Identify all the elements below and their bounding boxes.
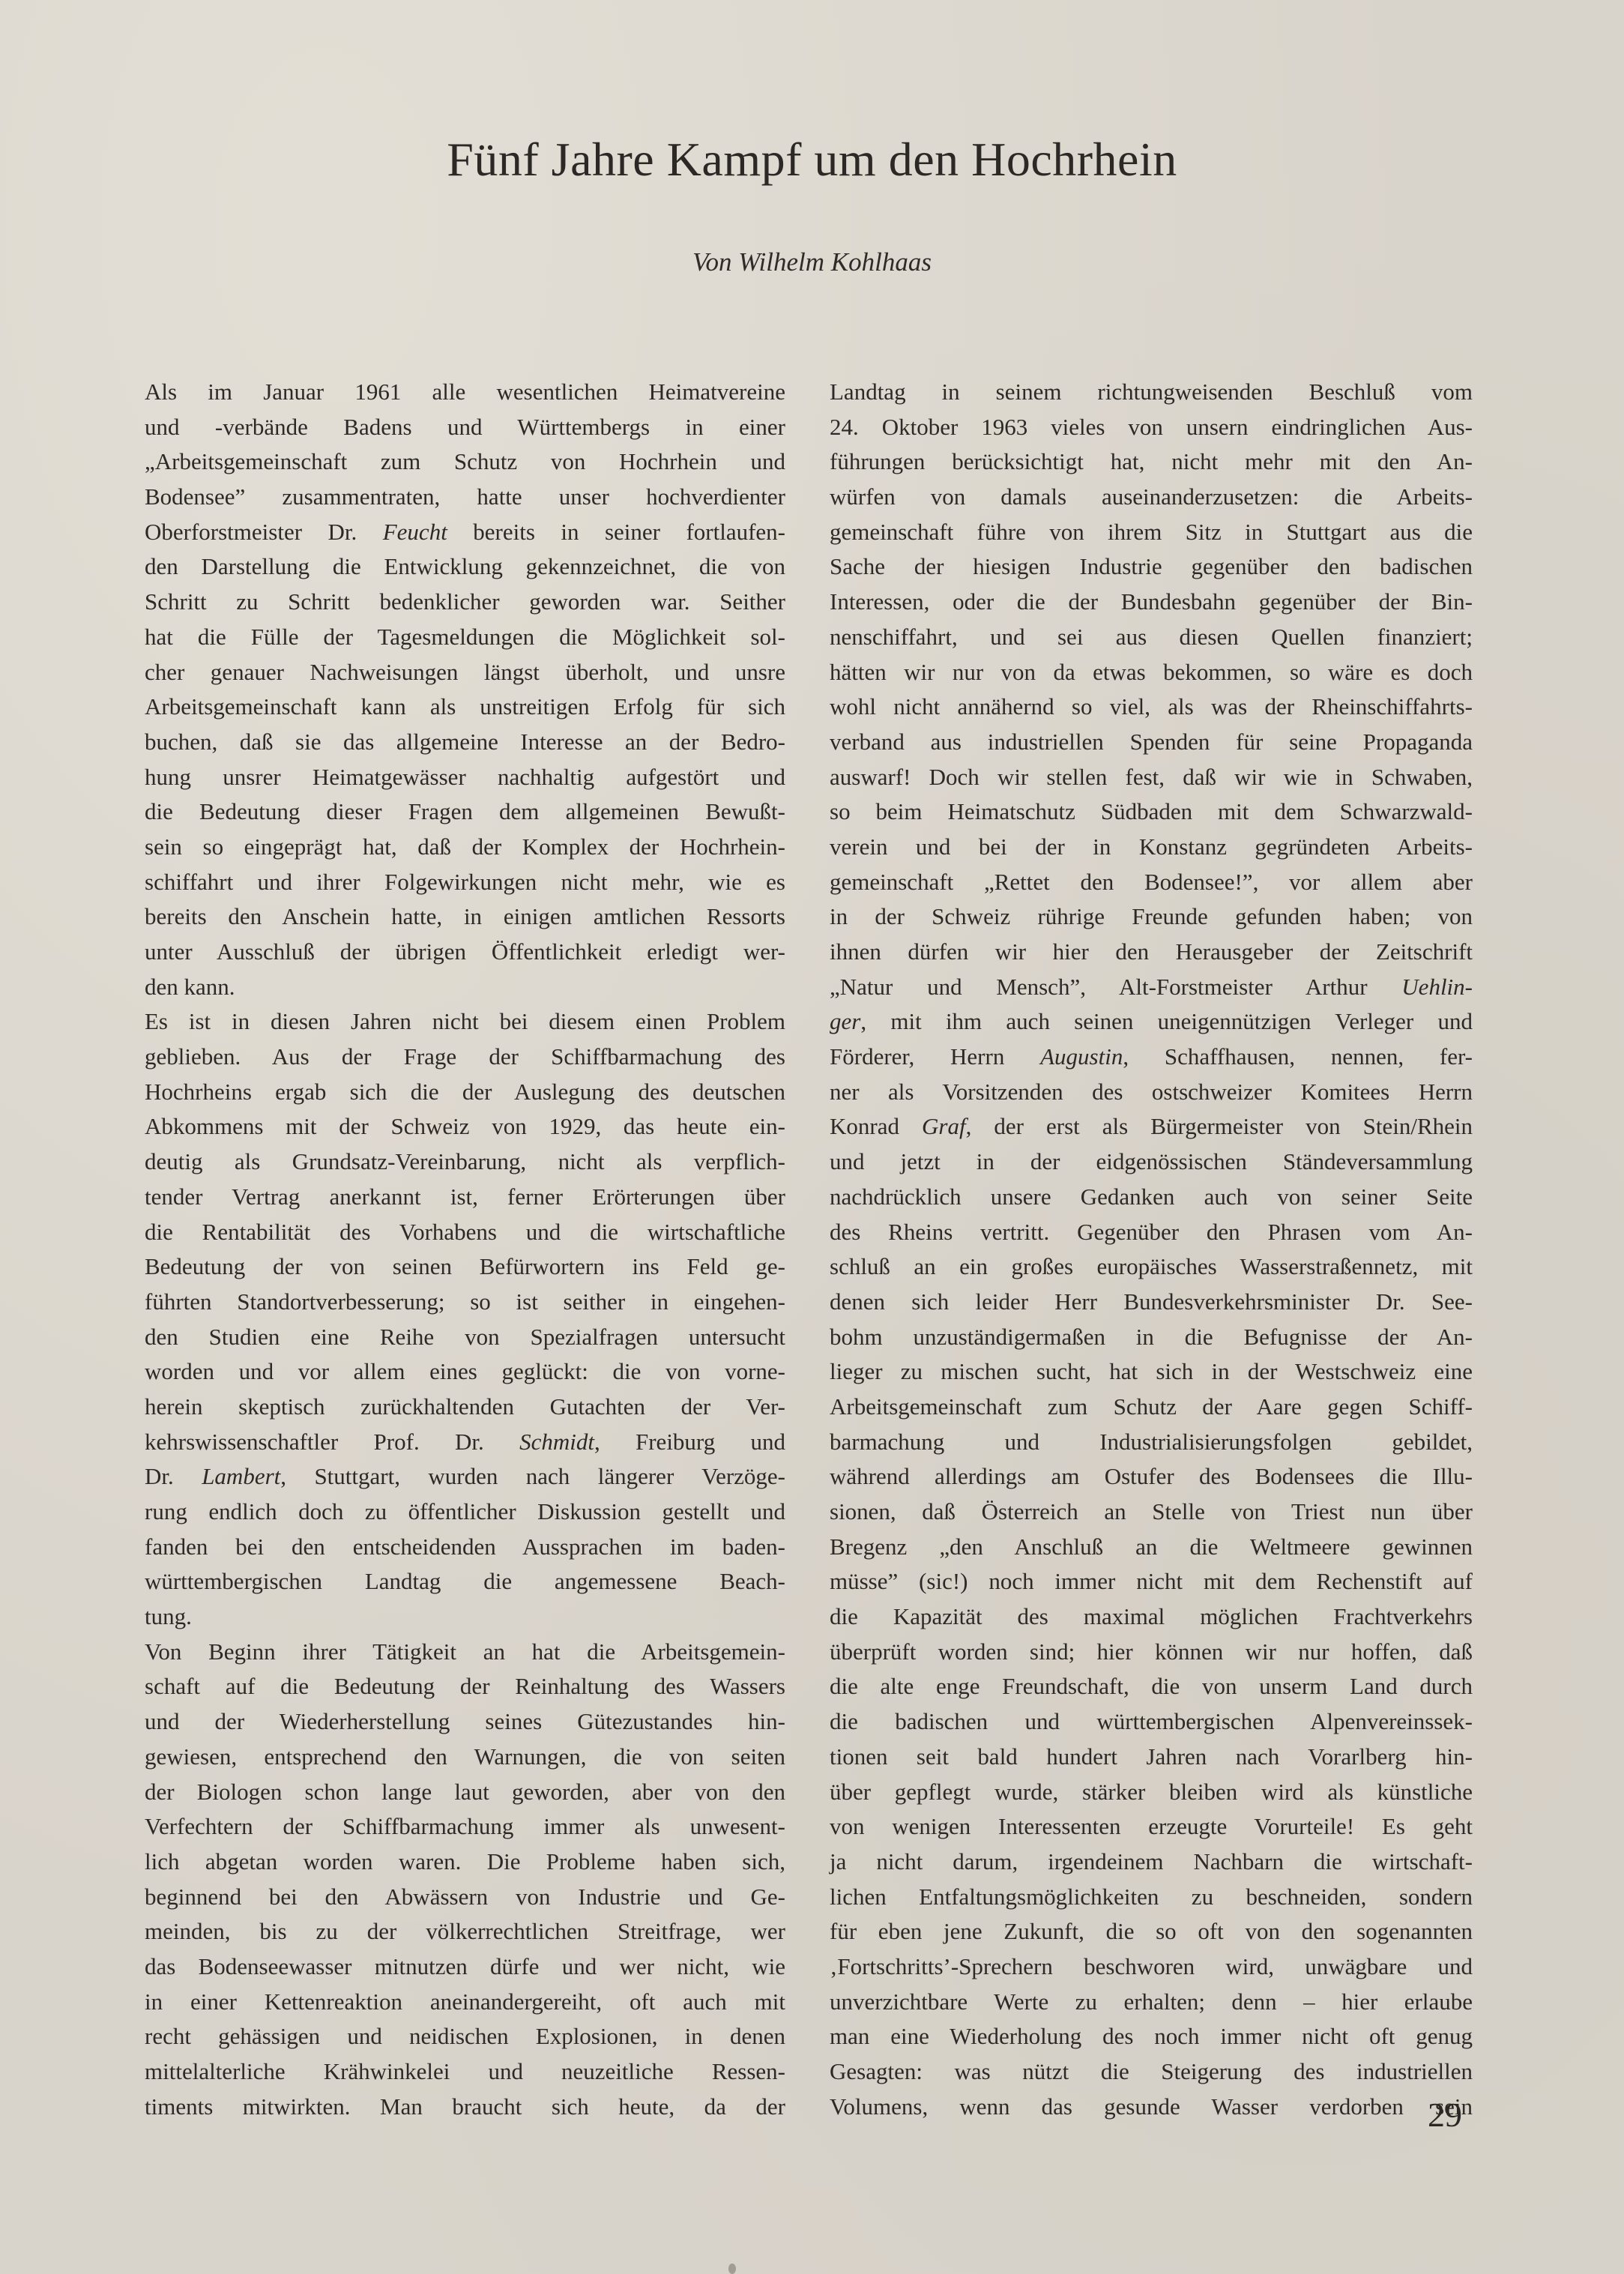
text-line: die Kapazität des maximal möglichen Frac… — [830, 1599, 1473, 1635]
text-line: Bregenz „den Anschluß an die Weltmeere g… — [830, 1530, 1473, 1565]
text-line: in der Schweiz rührige Freunde gefunden … — [830, 899, 1473, 935]
text-column-right: Landtag in seinem richtungweisenden Besc… — [830, 375, 1473, 2124]
text-line: cher genauer Nachweisungen längst überho… — [145, 655, 785, 690]
text-line: Dr. Lambert, Stuttgart, wurden nach läng… — [145, 1459, 785, 1495]
text-line: kehrswissenschaftler Prof. Dr. Schmidt, … — [145, 1425, 785, 1460]
text-line: die Bedeutung dieser Fragen dem allgemei… — [145, 794, 785, 830]
text-line: ger, mit ihm auch seinen uneigennützigen… — [830, 1004, 1473, 1040]
text-line: Hochrheins ergab sich die der Auslegung … — [145, 1075, 785, 1110]
text-line: den kann. — [145, 970, 785, 1005]
text-line: unverzichtbare Werte zu erhalten; denn –… — [830, 1985, 1473, 2020]
text-line: ‚Fortschritts’-Sprechern beschworen wird… — [830, 1949, 1473, 1985]
text-line: von wenigen Interessenten erzeugte Vorur… — [830, 1809, 1473, 1845]
text-line: den Darstellung die Entwicklung gekennze… — [145, 549, 785, 585]
text-line: hätten wir nur von da etwas bekommen, so… — [830, 655, 1473, 690]
text-line: bohm unzuständigermaßen in die Befugniss… — [830, 1320, 1473, 1355]
text-line: über gepflegt wurde, stärker bleiben wir… — [830, 1775, 1473, 1810]
text-line: barmachung und Industrialisierungsfolgen… — [830, 1425, 1473, 1460]
text-line: denen sich leider Herr Bundesverkehrsmin… — [830, 1285, 1473, 1320]
text-line: schluß an ein großes europäisches Wasser… — [830, 1249, 1473, 1285]
italic-name: ger — [830, 1008, 860, 1034]
text-line: Arbeitsgemeinschaft kann als unstreitige… — [145, 690, 785, 725]
text-line: Sache der hiesigen Industrie gegenüber d… — [830, 549, 1473, 585]
text-line: sionen, daß Österreich an Stelle von Tri… — [830, 1495, 1473, 1530]
italic-name: Graf — [922, 1113, 966, 1139]
text-line: herein skeptisch zurückhaltenden Gutacht… — [145, 1390, 785, 1425]
text-line: überprüft worden sind; hier können wir n… — [830, 1635, 1473, 1670]
text-line: meinden, bis zu der völkerrechtlichen St… — [145, 1914, 785, 1949]
text-line: worden und vor allem eines geglückt: die… — [145, 1354, 785, 1390]
page-number: 29 — [1428, 2095, 1462, 2135]
text-line: Schritt zu Schritt bedenklicher geworden… — [145, 585, 785, 620]
text-line: wohl nicht annähernd so viel, als was de… — [830, 690, 1473, 725]
text-line: lieger zu mischen sucht, hat sich in der… — [830, 1354, 1473, 1390]
text-line: ner als Vorsitzenden des ostschweizer Ko… — [830, 1075, 1473, 1110]
italic-name: Augustin — [1040, 1043, 1123, 1070]
text-line: verband aus industriellen Spenden für se… — [830, 725, 1473, 760]
text-line: und der Wiederherstellung seines Gütezus… — [145, 1704, 785, 1740]
text-line: tionen seit bald hundert Jahren nach Vor… — [830, 1740, 1473, 1775]
text-line: würfen von damals auseinanderzusetzen: d… — [830, 480, 1473, 515]
text-line: ihnen dürfen wir hier den Herausgeber de… — [830, 935, 1473, 970]
text-line: geblieben. Aus der Frage der Schiffbarma… — [145, 1040, 785, 1075]
paper-speck — [728, 2264, 736, 2274]
text-line: führten Standortverbesserung; so ist sei… — [145, 1285, 785, 1320]
text-line: Förderer, Herrn Augustin, Schaffhausen, … — [830, 1040, 1473, 1075]
text-line: für eben jene Zukunft, die so oft von de… — [830, 1914, 1473, 1949]
text-line: führungen berücksichtigt hat, nicht mehr… — [830, 444, 1473, 480]
text-line: 24. Oktober 1963 vieles von unsern eindr… — [830, 410, 1473, 445]
text-line: hung unsrer Heimatgewässer nachhaltig au… — [145, 760, 785, 795]
text-line: Arbeitsgemeinschaft zum Schutz der Aare … — [830, 1390, 1473, 1425]
text-line: müsse” (sic!) noch immer nicht mit dem R… — [830, 1564, 1473, 1599]
text-line: Volumens, wenn das gesunde Wasser verdor… — [830, 2090, 1473, 2125]
text-line: „Arbeitsgemeinschaft zum Schutz von Hoch… — [145, 444, 785, 480]
text-line: des Rheins vertritt. Gegenüber den Phras… — [830, 1215, 1473, 1250]
text-line: württembergischen Landtag die angemessen… — [145, 1564, 785, 1599]
text-line: die Rentabilität des Vorhabens und die w… — [145, 1215, 785, 1250]
text-line: recht gehässigen und neidischen Explosio… — [145, 2019, 785, 2054]
text-line: gewiesen, entsprechend den Warnungen, di… — [145, 1740, 785, 1775]
text-line: bereits den Anschein hatte, in einigen a… — [145, 899, 785, 935]
text-line: der Biologen schon lange laut geworden, … — [145, 1775, 785, 1810]
text-line: Bedeutung der von seinen Befürwortern in… — [145, 1249, 785, 1285]
text-line: so beim Heimatschutz Südbaden mit dem Sc… — [830, 794, 1473, 830]
text-line: Bodensee” zusammentraten, hatte unser ho… — [145, 480, 785, 515]
text-line: Als im Januar 1961 alle wesentlichen Hei… — [145, 375, 785, 410]
text-line: sein so eingeprägt hat, daß der Komplex … — [145, 830, 785, 865]
text-line: man eine Wiederholung des noch immer nic… — [830, 2019, 1473, 2054]
text-line: während allerdings am Ostufer des Bodens… — [830, 1459, 1473, 1495]
text-line: ja nicht darum, irgendeinem Nachbarn die… — [830, 1845, 1473, 1880]
text-line: „Natur und Mensch”, Alt-Forstmeister Art… — [830, 970, 1473, 1005]
article-title: Fünf Jahre Kampf um den Hochrhein — [0, 132, 1624, 187]
text-line: nenschiffahrt, und sei aus diesen Quelle… — [830, 620, 1473, 655]
text-line: die alte enge Freundschaft, die von unse… — [830, 1669, 1473, 1704]
italic-name: Lambert — [202, 1463, 280, 1489]
text-line: Konrad Graf, der erst als Bürgermeister … — [830, 1109, 1473, 1144]
text-line: auswarf! Doch wir stellen fest, daß wir … — [830, 760, 1473, 795]
text-line: rung endlich doch zu öffentlicher Diskus… — [145, 1495, 785, 1530]
text-line: lichen Entfaltungsmöglichkeiten zu besch… — [830, 1880, 1473, 1915]
italic-name: Uehlin- — [1401, 974, 1473, 1000]
text-line: Interessen, oder die der Bundesbahn gege… — [830, 585, 1473, 620]
text-line: tender Vertrag anerkannt ist, ferner Erö… — [145, 1180, 785, 1215]
text-line: fanden bei den entscheidenden Aussprache… — [145, 1530, 785, 1565]
text-line: Es ist in diesen Jahren nicht bei diesem… — [145, 1004, 785, 1040]
text-line: gemeinschaft führe von ihrem Sitz in Stu… — [830, 515, 1473, 550]
text-line: gemeinschaft „Rettet den Bodensee!”, vor… — [830, 865, 1473, 900]
text-line: Oberforstmeister Dr. Feucht bereits in s… — [145, 515, 785, 550]
text-line: beginnend bei den Abwässern von Industri… — [145, 1880, 785, 1915]
text-line: Von Beginn ihrer Tätigkeit an hat die Ar… — [145, 1635, 785, 1670]
text-line: und jetzt in der eidgenössischen Ständev… — [830, 1144, 1473, 1180]
italic-name: Schmidt — [519, 1429, 594, 1455]
text-line: Verfechtern der Schiffbarmachung immer a… — [145, 1809, 785, 1845]
text-line: Abkommens mit der Schweiz von 1929, das … — [145, 1109, 785, 1144]
text-line: timents mitwirkten. Man braucht sich heu… — [145, 2090, 785, 2125]
text-column-left: Als im Januar 1961 alle wesentlichen Hei… — [145, 375, 785, 2124]
text-line: die badischen und württembergischen Alpe… — [830, 1704, 1473, 1740]
text-line: deutig als Grundsatz-Vereinbarung, nicht… — [145, 1144, 785, 1180]
text-line: buchen, daß sie das allgemeine Interesse… — [145, 725, 785, 760]
text-line: in einer Kettenreaktion aneinandergereih… — [145, 1985, 785, 2020]
italic-name: Feucht — [383, 519, 447, 545]
text-line: schiffahrt und ihrer Folgewirkungen nich… — [145, 865, 785, 900]
text-line: lich abgetan worden waren. Die Probleme … — [145, 1845, 785, 1880]
text-line: unter Ausschluß der übrigen Öffentlichke… — [145, 935, 785, 970]
text-line: Gesagten: was nützt die Steigerung des i… — [830, 2054, 1473, 2090]
article-byline: Von Wilhelm Kohlhaas — [0, 247, 1624, 277]
text-line: nachdrücklich unsere Gedanken auch von s… — [830, 1180, 1473, 1215]
text-line: das Bodenseewasser mitnutzen dürfe und w… — [145, 1949, 785, 1985]
text-line: und -verbände Badens und Württembergs in… — [145, 410, 785, 445]
text-line: Landtag in seinem richtungweisenden Besc… — [830, 375, 1473, 410]
text-line: schaft auf die Bedeutung der Reinhaltung… — [145, 1669, 785, 1704]
text-line: hat die Fülle der Tagesmeldungen die Mög… — [145, 620, 785, 655]
text-line: tung. — [145, 1599, 785, 1635]
text-line: verein und bei der in Konstanz gegründet… — [830, 830, 1473, 865]
text-line: den Studien eine Reihe von Spezialfragen… — [145, 1320, 785, 1355]
text-line: mittelalterliche Krähwinkelei und neuzei… — [145, 2054, 785, 2090]
